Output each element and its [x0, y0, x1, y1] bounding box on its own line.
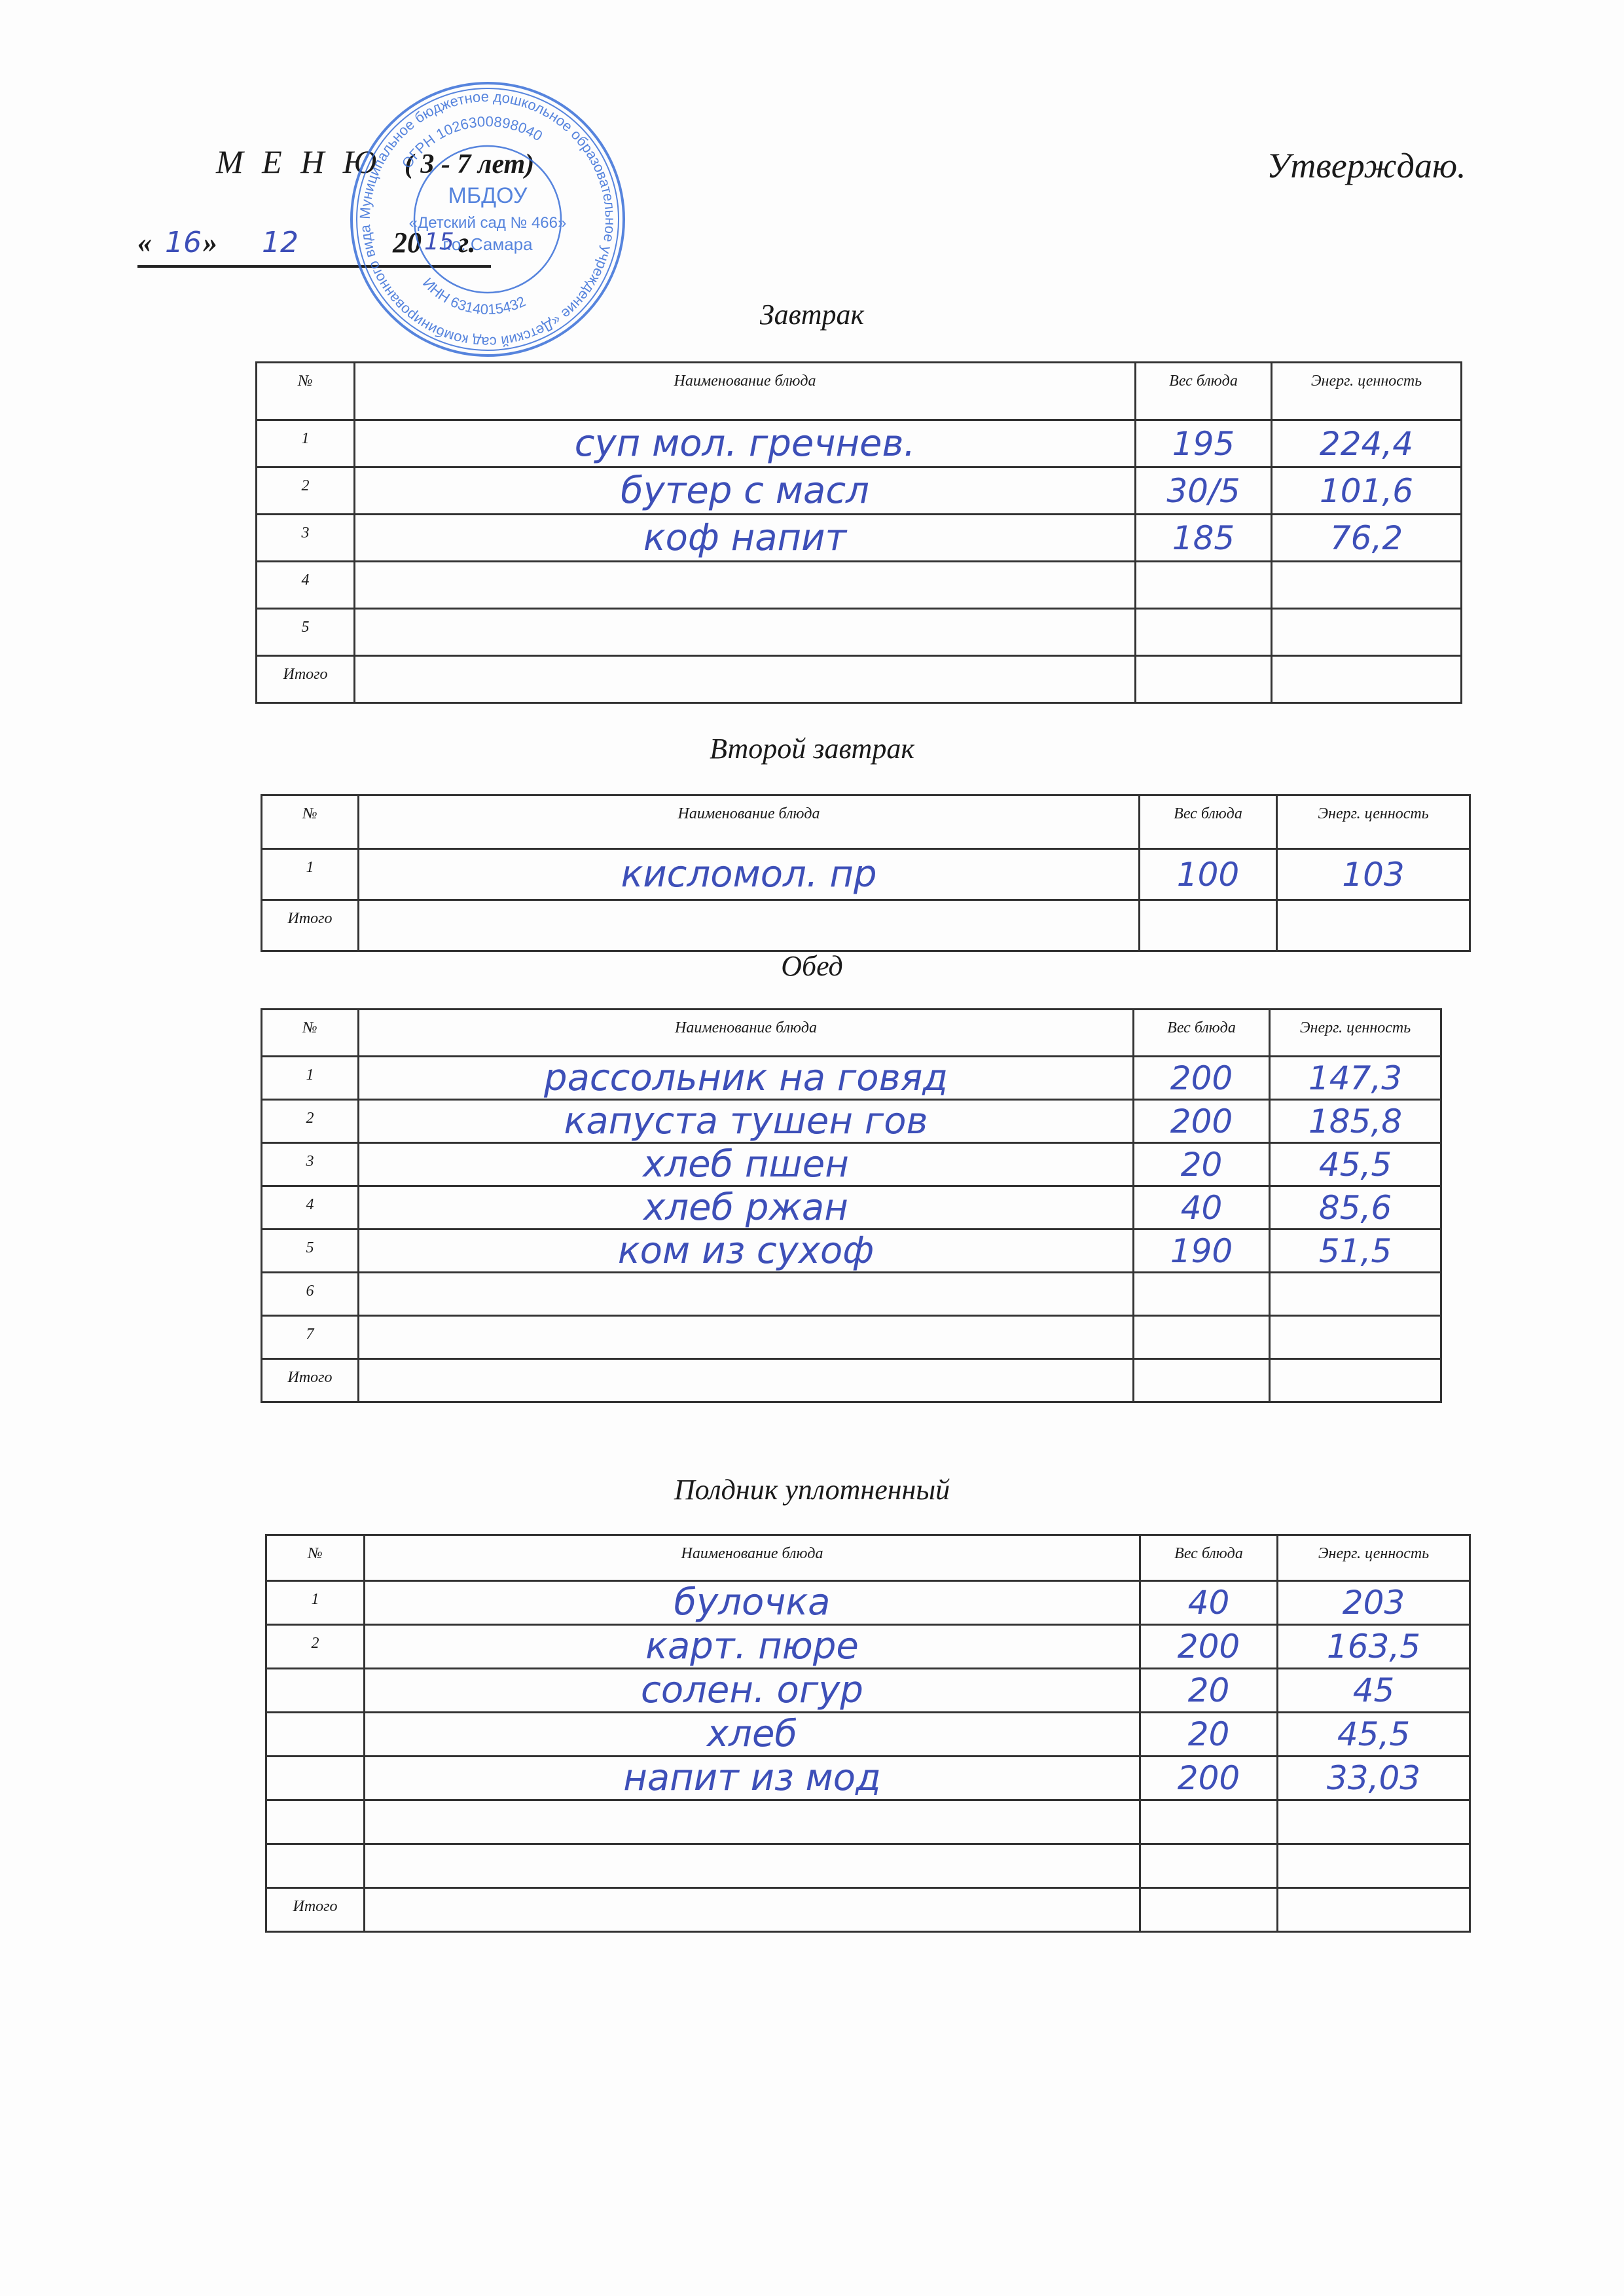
table-header-row: №Наименование блюдаВес блюдаЭнерг. ценно… [257, 363, 1462, 420]
row-number: 1 [266, 1581, 365, 1625]
column-header-name: Наименование блюда [355, 363, 1136, 420]
dish-weight [1140, 1844, 1278, 1888]
dish-energy: 45,5 [1270, 1143, 1441, 1186]
dish-energy: 76,2 [1272, 515, 1462, 562]
section-title: Полдник уплотненный [0, 1473, 1624, 1506]
dish-energy: 224,4 [1272, 420, 1462, 467]
column-header-energy: Энерг. ценность [1277, 795, 1470, 849]
dish-weight: 195 [1136, 420, 1272, 467]
section-title: Второй завтрак [0, 732, 1624, 765]
total-weight [1134, 1359, 1270, 1402]
total-row: Итого [266, 1888, 1470, 1932]
dish-energy: 45,5 [1278, 1713, 1470, 1757]
dish-energy: 163,5 [1278, 1625, 1470, 1669]
table-row: 1булочка40203 [266, 1581, 1470, 1625]
table-header-row: №Наименование блюдаВес блюдаЭнерг. ценно… [266, 1535, 1470, 1581]
dish-energy: 147,3 [1270, 1057, 1441, 1100]
dish-weight: 200 [1140, 1625, 1278, 1669]
dish-name [365, 1844, 1140, 1888]
dish-weight: 100 [1140, 849, 1277, 900]
total-label: Итого [266, 1888, 365, 1932]
column-header-num: № [266, 1535, 365, 1581]
table-row: 3хлеб пшен2045,5 [262, 1143, 1441, 1186]
table-row: 1суп мол. гречнев.195224,4 [257, 420, 1462, 467]
date-year-suffix: г. [458, 226, 476, 259]
dish-weight [1140, 1800, 1278, 1844]
column-header-num: № [262, 795, 359, 849]
dish-weight: 200 [1134, 1100, 1270, 1143]
menu-table: №Наименование блюдаВес блюдаЭнерг. ценно… [255, 361, 1462, 704]
date-line: « 16 » 12 20 15 г. [137, 226, 491, 268]
total-row: Итого [257, 656, 1462, 703]
dish-energy [1272, 562, 1462, 609]
row-number: 1 [262, 1057, 359, 1100]
total-label: Итого [257, 656, 355, 703]
total-energy [1277, 900, 1470, 951]
stamp-center-line1: МБДОУ [448, 183, 528, 208]
dish-name [359, 1316, 1134, 1359]
column-header-name: Наименование блюда [359, 1010, 1134, 1057]
dish-name [359, 1273, 1134, 1316]
dish-weight [1136, 609, 1272, 656]
dish-name: суп мол. гречнев. [355, 420, 1136, 467]
dish-name: карт. пюре [365, 1625, 1140, 1669]
column-header-weight: Вес блюда [1140, 1535, 1278, 1581]
row-number: 4 [262, 1186, 359, 1230]
age-group: ( 3 - 7 лет) [405, 149, 534, 179]
dish-weight: 190 [1134, 1230, 1270, 1273]
approve-label: Утверждаю. [1267, 145, 1466, 186]
column-header-energy: Энерг. ценность [1270, 1010, 1441, 1057]
table-header-row: №Наименование блюдаВес блюдаЭнерг. ценно… [262, 1010, 1441, 1057]
dish-energy: 101,6 [1272, 467, 1462, 515]
date-close-quote: » [203, 226, 217, 259]
dish-name: коф напит [355, 515, 1136, 562]
dish-energy [1278, 1844, 1470, 1888]
total-row: Итого [262, 1359, 1441, 1402]
dish-weight: 20 [1140, 1669, 1278, 1713]
row-number: 4 [257, 562, 355, 609]
column-header-energy: Энерг. ценность [1278, 1535, 1470, 1581]
dish-weight: 20 [1134, 1143, 1270, 1186]
total-weight [1140, 900, 1277, 951]
total-weight [1136, 656, 1272, 703]
section-title: Завтрак [0, 298, 1624, 331]
dish-energy: 51,5 [1270, 1230, 1441, 1273]
dish-name: бутер с масл [355, 467, 1136, 515]
dish-weight: 185 [1136, 515, 1272, 562]
table-row: 2бутер с масл30/5101,6 [257, 467, 1462, 515]
menu-title-text: М Е Н Ю [216, 143, 382, 180]
dish-name: напит из мод [365, 1757, 1140, 1800]
table-row: солен. огур2045 [266, 1669, 1470, 1713]
total-energy [1270, 1359, 1441, 1402]
column-header-name: Наименование блюда [359, 795, 1140, 849]
column-header-num: № [257, 363, 355, 420]
date-open-quote: « [137, 226, 152, 259]
dish-name: солен. огур [365, 1669, 1140, 1713]
row-number: 5 [257, 609, 355, 656]
dish-name: хлеб ржан [359, 1186, 1134, 1230]
dish-name [355, 609, 1136, 656]
dish-name: рассольник на говяд [359, 1057, 1134, 1100]
table-row: напит из мод20033,03 [266, 1757, 1470, 1800]
table-row: 6 [262, 1273, 1441, 1316]
date-year-prefix: 20 [393, 226, 422, 259]
total-name [359, 1359, 1134, 1402]
date-day: 16 [165, 226, 202, 259]
row-number [266, 1844, 365, 1888]
row-number: 3 [257, 515, 355, 562]
dish-weight [1136, 562, 1272, 609]
total-name [359, 900, 1140, 951]
table-header-row: №Наименование блюдаВес блюдаЭнерг. ценно… [262, 795, 1470, 849]
menu-title: М Е Н Ю ( 3 - 7 лет) [216, 143, 534, 181]
dish-name: булочка [365, 1581, 1140, 1625]
table-row [266, 1844, 1470, 1888]
dish-name: ком из сухоф [359, 1230, 1134, 1273]
total-row: Итого [262, 900, 1470, 951]
dish-name: кисломол. пр [359, 849, 1140, 900]
menu-table: №Наименование блюдаВес блюдаЭнерг. ценно… [261, 1008, 1442, 1403]
table-row: 1кисломол. пр100103 [262, 849, 1470, 900]
table-row: 4 [257, 562, 1462, 609]
column-header-name: Наименование блюда [365, 1535, 1140, 1581]
total-label: Итого [262, 900, 359, 951]
column-header-weight: Вес блюда [1134, 1010, 1270, 1057]
dish-energy: 45 [1278, 1669, 1470, 1713]
total-name [365, 1888, 1140, 1932]
row-number [266, 1669, 365, 1713]
menu-table: №Наименование блюдаВес блюдаЭнерг. ценно… [261, 794, 1471, 952]
row-number: 5 [262, 1230, 359, 1273]
dish-weight: 200 [1140, 1757, 1278, 1800]
dish-weight: 20 [1140, 1713, 1278, 1757]
dish-energy [1278, 1800, 1470, 1844]
dish-energy: 185,8 [1270, 1100, 1441, 1143]
section-title: Обед [0, 949, 1624, 983]
total-name [355, 656, 1136, 703]
table-row: 7 [262, 1316, 1441, 1359]
total-label: Итого [262, 1359, 359, 1402]
table-row: 1рассольник на говяд200147,3 [262, 1057, 1441, 1100]
table-row: 5ком из сухоф19051,5 [262, 1230, 1441, 1273]
table-row [266, 1800, 1470, 1844]
dish-weight: 40 [1134, 1186, 1270, 1230]
table-row: хлеб2045,5 [266, 1713, 1470, 1757]
table-row: 2капуста тушен гов200185,8 [262, 1100, 1441, 1143]
row-number [266, 1757, 365, 1800]
dish-weight [1134, 1316, 1270, 1359]
total-energy [1278, 1888, 1470, 1932]
total-energy [1272, 656, 1462, 703]
dish-energy: 103 [1277, 849, 1470, 900]
dish-energy [1272, 609, 1462, 656]
column-header-weight: Вес блюда [1136, 363, 1272, 420]
dish-energy: 203 [1278, 1581, 1470, 1625]
date-year-handwritten: 15 [424, 228, 454, 255]
dish-name: хлеб пшен [359, 1143, 1134, 1186]
dish-name: хлеб [365, 1713, 1140, 1757]
table-row: 3коф напит18576,2 [257, 515, 1462, 562]
table-row: 5 [257, 609, 1462, 656]
dish-energy [1270, 1316, 1441, 1359]
date-month: 12 [262, 226, 298, 259]
row-number [266, 1713, 365, 1757]
dish-energy [1270, 1273, 1441, 1316]
dish-weight: 200 [1134, 1057, 1270, 1100]
row-number: 2 [262, 1100, 359, 1143]
row-number: 3 [262, 1143, 359, 1186]
row-number: 2 [266, 1625, 365, 1669]
row-number: 1 [262, 849, 359, 900]
dish-weight: 30/5 [1136, 467, 1272, 515]
column-header-energy: Энерг. ценность [1272, 363, 1462, 420]
table-row: 2карт. пюре200163,5 [266, 1625, 1470, 1669]
menu-table: №Наименование блюдаВес блюдаЭнерг. ценно… [265, 1534, 1471, 1933]
row-number: 1 [257, 420, 355, 467]
row-number: 6 [262, 1273, 359, 1316]
dish-weight: 40 [1140, 1581, 1278, 1625]
column-header-weight: Вес блюда [1140, 795, 1277, 849]
row-number: 7 [262, 1316, 359, 1359]
total-weight [1140, 1888, 1278, 1932]
row-number: 2 [257, 467, 355, 515]
dish-name [365, 1800, 1140, 1844]
row-number [266, 1800, 365, 1844]
dish-name [355, 562, 1136, 609]
dish-energy: 33,03 [1278, 1757, 1470, 1800]
dish-weight [1134, 1273, 1270, 1316]
dish-name: капуста тушен гов [359, 1100, 1134, 1143]
dish-energy: 85,6 [1270, 1186, 1441, 1230]
column-header-num: № [262, 1010, 359, 1057]
table-row: 4хлеб ржан4085,6 [262, 1186, 1441, 1230]
